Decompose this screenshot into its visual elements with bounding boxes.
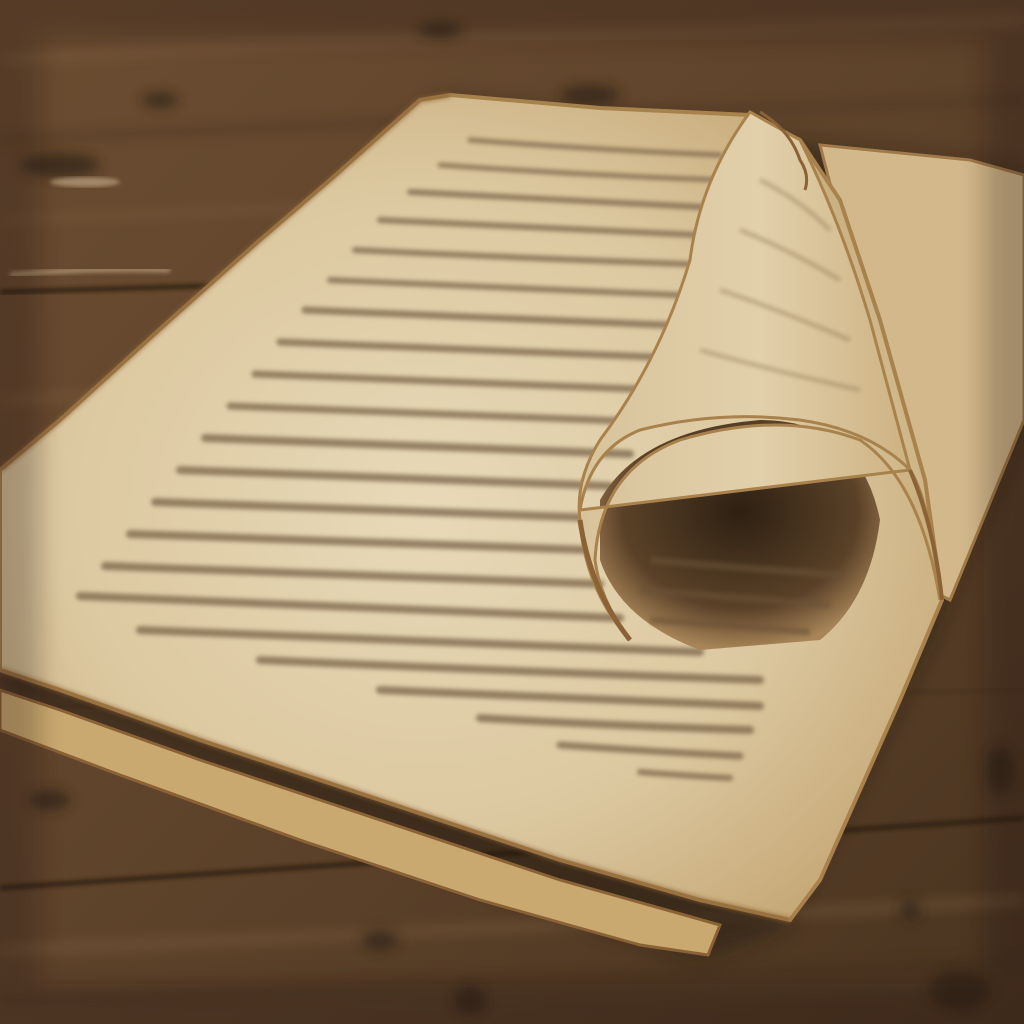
- photo-scene: Aged parchment sheets with faded handwri…: [0, 0, 1024, 1024]
